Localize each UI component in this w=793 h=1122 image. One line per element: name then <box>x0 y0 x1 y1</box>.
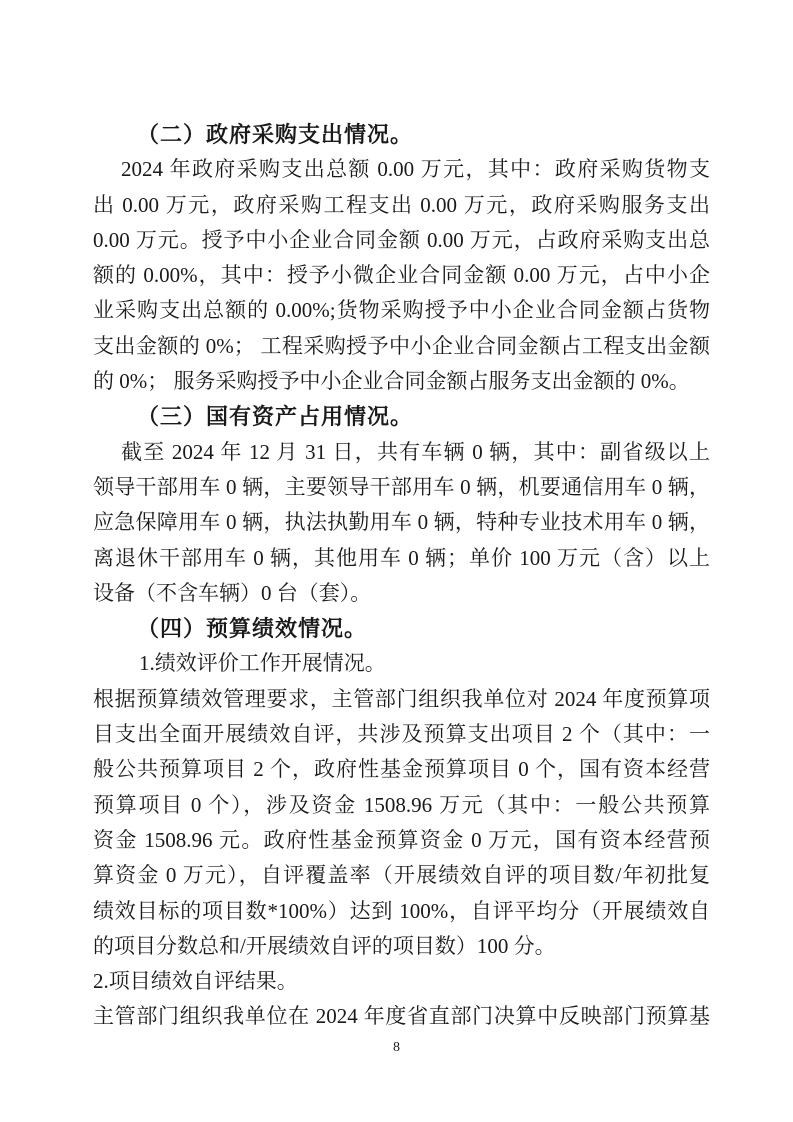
text-line: 0.00 万元。授予中小企业合同金额 0.00 万元，占政府采购支出总 <box>93 223 710 258</box>
text-line: 额的 0.00%，其中：授予小微企业合同金额 0.00 万元，占中小企 <box>93 258 710 293</box>
text-line: 领导干部用车 0 辆，主要领导干部用车 0 辆，机要通信用车 0 辆， <box>93 470 710 505</box>
text-line: 的项目分数总和/开展绩效自评的项目数）100 分。 <box>93 929 710 964</box>
section-heading: （二）政府采购支出情况。 <box>93 117 710 152</box>
text-line: 2024 年政府采购支出总额 0.00 万元，其中：政府采购货物支 <box>93 152 710 187</box>
text-line: 应急保障用车 0 辆，执法执勤用车 0 辆，特种专业技术用车 0 辆， <box>93 505 710 540</box>
text-line: 业采购支出总额的 0.00%;货物采购授予中小企业合同金额占货物 <box>93 293 710 328</box>
text-line: 资金 1508.96 元。政府性基金预算资金 0 万元，国有资本经营预 <box>93 823 710 858</box>
document-page: （二）政府采购支出情况。2024 年政府采购支出总额 0.00 万元，其中：政府… <box>0 0 793 1122</box>
document-body: （二）政府采购支出情况。2024 年政府采购支出总额 0.00 万元，其中：政府… <box>93 117 710 1035</box>
text-line: 离退休干部用车 0 辆，其他用车 0 辆；单价 100 万元（含）以上 <box>93 541 710 576</box>
text-line: 预算项目 0 个），涉及资金 1508.96 万元（其中：一般公共预算 <box>93 788 710 823</box>
text-line: 般公共预算项目 2 个，政府性基金预算项目 0 个，国有资本经营 <box>93 752 710 787</box>
text-line: 主管部门组织我单位在 2024 年度省直部门决算中反映部门预算基 <box>93 999 710 1034</box>
text-line: 截至 2024 年 12 月 31 日，共有车辆 0 辆，其中：副省级以上 <box>93 435 710 470</box>
text-line: 的 0%； 服务采购授予中小企业合同金额占服务支出金额的 0%。 <box>93 364 710 399</box>
text-line: 2.项目绩效自评结果。 <box>93 964 710 999</box>
text-line: 根据预算绩效管理要求，主管部门组织我单位对 2024 年度预算项 <box>93 682 710 717</box>
text-line: 算资金 0 万元），自评覆盖率（开展绩效自评的项目数/年初批复 <box>93 858 710 893</box>
section-heading: （四）预算绩效情况。 <box>93 611 710 646</box>
text-line: 目支出全面开展绩效自评，共涉及预算支出项目 2 个（其中：一 <box>93 717 710 752</box>
page-number: 8 <box>0 1040 793 1056</box>
text-line: 支出金额的 0%； 工程采购授予中小企业合同金额占工程支出金额 <box>93 329 710 364</box>
section-heading: （三）国有资产占用情况。 <box>93 399 710 434</box>
text-line: 出 0.00 万元，政府采购工程支出 0.00 万元，政府采购服务支出 <box>93 188 710 223</box>
text-line: 1.绩效评价工作开展情况。 <box>93 646 710 681</box>
text-line: 设备（不含车辆）0 台（套）。 <box>93 576 710 611</box>
text-line: 绩效目标的项目数*100%）达到 100%，自评平均分（开展绩效自评 <box>93 894 710 929</box>
